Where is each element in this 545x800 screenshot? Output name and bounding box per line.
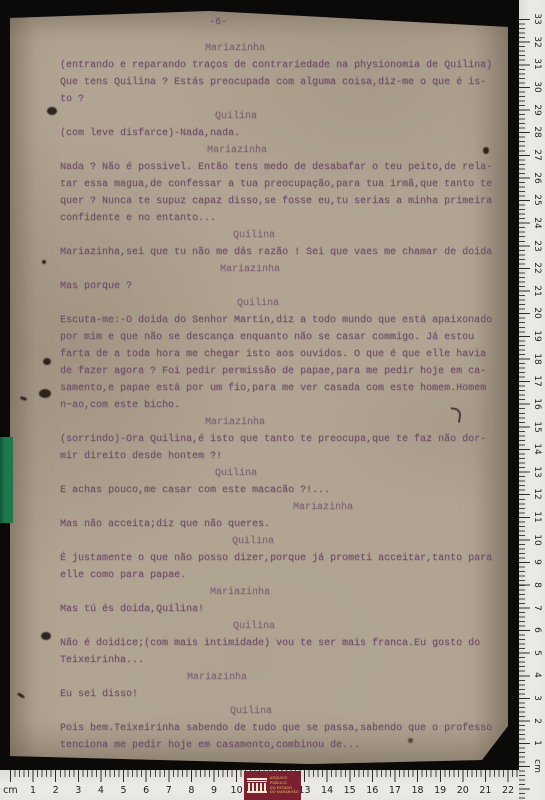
dialogue-line: Eu sei disso! bbox=[60, 686, 506, 703]
ruler-mark-label: 13 bbox=[532, 465, 542, 479]
ruler-mark-label: 9 bbox=[211, 785, 217, 796]
ruler-mark-label: 3 bbox=[75, 785, 81, 796]
ink-stain bbox=[42, 260, 46, 264]
ruler-mark-label: 20 bbox=[532, 306, 542, 320]
dialogue-line: Escuta-me:-O doida do Senhor Martin,diz … bbox=[60, 312, 506, 329]
ruler-mark-label: 7 bbox=[532, 601, 542, 615]
ruler-mark-label: 10 bbox=[231, 785, 243, 796]
character-name: Quilina bbox=[60, 703, 506, 720]
ruler-mark-label: cm bbox=[532, 759, 542, 773]
ruler-mark-label: 1 bbox=[30, 785, 36, 796]
document-page: -6- Mariazinha(entrando e reparando traç… bbox=[10, 8, 508, 766]
ruler-mark-label: 6 bbox=[143, 785, 149, 796]
ruler-mark-label: 16 bbox=[532, 397, 542, 411]
building-icon bbox=[247, 778, 267, 793]
ruler-mark-label: 8 bbox=[188, 785, 194, 796]
archive-stamp-text-line: DO MARANHÃO bbox=[270, 790, 299, 795]
ruler-mark-label: 19 bbox=[532, 329, 542, 343]
character-name: Quilina bbox=[60, 533, 506, 550]
vertical-ruler: cm12345678910111213141516171819202122232… bbox=[519, 0, 545, 800]
dialogue-line: de fazer agora ? Foi pedir permissão de … bbox=[60, 363, 506, 380]
character-name: Mariazinha bbox=[60, 499, 506, 516]
ruler-mark-label: 15 bbox=[344, 785, 356, 796]
ruler-mark-label: 17 bbox=[532, 374, 542, 388]
ruler-mark-label: cm bbox=[3, 785, 17, 796]
ruler-mark-label: 29 bbox=[532, 103, 542, 117]
ruler-mark-label: 17 bbox=[389, 785, 401, 796]
ink-stain bbox=[408, 738, 413, 743]
ruler-mark-label: 27 bbox=[532, 148, 542, 162]
dialogue-line: quer ? Nunca te supuz capaz disso,se fos… bbox=[60, 193, 506, 210]
green-tape-fragment bbox=[0, 437, 13, 523]
ruler-mark-label: 8 bbox=[532, 578, 542, 592]
dialogue-line: Nada ? Não é possivel. Então tens medo d… bbox=[60, 159, 506, 176]
character-name: Quilina bbox=[60, 108, 506, 125]
character-name: Mariazinha bbox=[60, 584, 506, 601]
ruler-mark-label: 10 bbox=[532, 533, 542, 547]
dialogue-line: n~ao,com este bicho. bbox=[60, 397, 506, 414]
ruler-mark-label: 22 bbox=[502, 785, 514, 796]
ruler-mark-label: 16 bbox=[366, 785, 378, 796]
dialogue-line: E achas pouco,me casar com este macacão … bbox=[60, 482, 506, 499]
dialogue-line: Mariazinha,sei que tu não me dás razão !… bbox=[60, 244, 506, 261]
ruler-mark-label: 11 bbox=[532, 510, 542, 524]
ruler-mark-label: 5 bbox=[532, 646, 542, 660]
character-name: Quilina bbox=[60, 618, 506, 635]
dialogue-line: Mas não acceita;diz que não queres. bbox=[60, 516, 506, 533]
script-text: -6- Mariazinha(entrando e reparando traç… bbox=[60, 14, 506, 754]
archive-stamp-text: ARQUIVOPÚBLICODO ESTADODO MARANHÃO bbox=[270, 776, 299, 794]
ruler-mark-label: 20 bbox=[457, 785, 469, 796]
ruler-mark-label: 9 bbox=[532, 555, 542, 569]
ruler-mark-label: 21 bbox=[532, 284, 542, 298]
ruler-mark-label: 2 bbox=[532, 714, 542, 728]
ruler-mark-label: 6 bbox=[532, 623, 542, 637]
dialogue-line: É justamente o que não posso dizer,porqu… bbox=[60, 550, 506, 567]
ink-stain bbox=[39, 389, 51, 398]
character-name: Quilina bbox=[60, 465, 506, 482]
character-name: Mariazinha bbox=[60, 261, 506, 278]
dialogue-line: samento,e papae está por um fio,para me … bbox=[60, 380, 506, 397]
ink-stain bbox=[47, 107, 57, 115]
archive-stamp: ARQUIVOPÚBLICODO ESTADODO MARANHÃO bbox=[244, 771, 301, 800]
dialogue-line: (entrando e reparando traços de contrari… bbox=[60, 57, 506, 74]
ruler-mark-label: 22 bbox=[532, 261, 542, 275]
ruler-mark-label: 1 bbox=[532, 736, 542, 750]
ruler-mark-label: 14 bbox=[532, 442, 542, 456]
dialogue-line: Que tens Quilina ? Estás preocupada com … bbox=[60, 74, 506, 91]
dialogue-line: Não é doidice;(com mais intimidade) vou … bbox=[60, 635, 506, 652]
ink-stain bbox=[43, 358, 51, 365]
ruler-mark-label: 4 bbox=[98, 785, 104, 796]
dialogue-line: elle como para papae. bbox=[60, 567, 506, 584]
dialogue-line: tenciona me pedir hoje em casamento,comb… bbox=[60, 737, 506, 754]
dialogue-line: (com leve disfarce)-Nada,nada. bbox=[60, 125, 506, 142]
dialogue-line: Mas porque ? bbox=[60, 278, 506, 295]
ruler-mark-label: 7 bbox=[166, 785, 172, 796]
dialogue-line: Teixeirinha... bbox=[60, 652, 506, 669]
dialogue-line: por mim e que não se descança enquanto n… bbox=[60, 329, 506, 346]
character-name: Mariazinha bbox=[60, 40, 506, 57]
character-name: Mariazinha bbox=[60, 414, 506, 431]
character-name: Quilina bbox=[60, 295, 506, 312]
ruler-mark-label: 28 bbox=[532, 125, 542, 139]
ruler-mark-label: 5 bbox=[120, 785, 126, 796]
ruler-mark-label: 26 bbox=[532, 171, 542, 185]
character-name: Quilina bbox=[60, 227, 506, 244]
character-name: Mariazinha bbox=[60, 142, 506, 159]
ruler-mark-label: 23 bbox=[532, 239, 542, 253]
dialogue-line: confidente e no entanto... bbox=[60, 210, 506, 227]
ruler-mark-label: 18 bbox=[532, 352, 542, 366]
ruler-mark-label: 32 bbox=[532, 35, 542, 49]
ruler-mark-label: 24 bbox=[532, 216, 542, 230]
ruler-mark-label: 31 bbox=[532, 57, 542, 71]
ruler-mark-label: 15 bbox=[532, 420, 542, 434]
ruler-mark-label: 12 bbox=[532, 487, 542, 501]
ruler-mark-label: 19 bbox=[434, 785, 446, 796]
dialogue-line: to ? bbox=[60, 91, 506, 108]
dialogue-line: (sorrindo)-Ora Quilina,é isto que tanto … bbox=[60, 431, 506, 448]
ink-stain bbox=[483, 147, 489, 154]
page-number: -6- bbox=[60, 14, 506, 31]
ruler-mark-label: 14 bbox=[321, 785, 333, 796]
dialogue-line: farta de a toda hora me chegar isto aos … bbox=[60, 346, 506, 363]
dialogue-line: Pois bem.Teixeirinha sabendo de tudo que… bbox=[60, 720, 506, 737]
ink-stain bbox=[41, 632, 51, 640]
dialogue-line: Mas tú és doida,Quilina! bbox=[60, 601, 506, 618]
ruler-mark-label: 4 bbox=[532, 668, 542, 682]
dialogue-line: mir direito desde hontem ?! bbox=[60, 448, 506, 465]
ruler-mark-label: 30 bbox=[532, 80, 542, 94]
ink-stain bbox=[17, 692, 25, 699]
ruler-mark-label: 25 bbox=[532, 193, 542, 207]
dialogue-line: tar essa magua,de confessar a tua preocu… bbox=[60, 176, 506, 193]
ink-stain bbox=[20, 396, 28, 401]
character-name: Mariazinha bbox=[60, 669, 506, 686]
ruler-mark-label: 3 bbox=[532, 691, 542, 705]
ruler-mark-label: 21 bbox=[479, 785, 491, 796]
ruler-mark-label: 2 bbox=[53, 785, 59, 796]
ruler-mark-label: 18 bbox=[412, 785, 424, 796]
ruler-mark-label: 33 bbox=[532, 12, 542, 26]
